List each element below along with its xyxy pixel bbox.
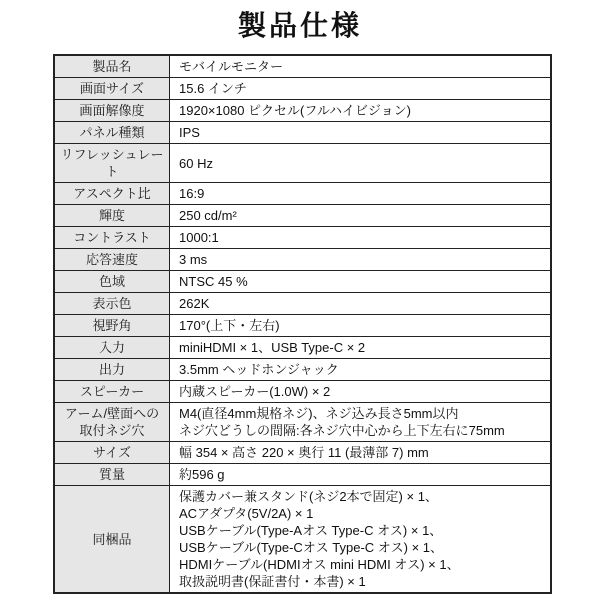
- spec-label: 輝度: [54, 205, 170, 227]
- spec-value: 内蔵スピーカー(1.0W) × 2: [170, 381, 552, 403]
- spec-table: 製品名モバイルモニター画面サイズ15.6 インチ画面解像度1920×1080 ピ…: [53, 54, 552, 594]
- spec-label: 画面サイズ: [54, 78, 170, 100]
- spec-label: 視野角: [54, 315, 170, 337]
- spec-value: 15.6 インチ: [170, 78, 552, 100]
- spec-row: アーム/壁面への取付ネジ穴M4(直径4mm規格ネジ)、ネジ込み長さ5mm以内ネジ…: [54, 403, 551, 442]
- spec-row: 色域NTSC 45 %: [54, 271, 551, 293]
- spec-label: 入力: [54, 337, 170, 359]
- spec-label: 画面解像度: [54, 100, 170, 122]
- spec-label: アスペクト比: [54, 183, 170, 205]
- spec-value: 1920×1080 ピクセル(フルハイビジョン): [170, 100, 552, 122]
- spec-row: コントラスト1000:1: [54, 227, 551, 249]
- spec-value: NTSC 45 %: [170, 271, 552, 293]
- spec-row: 表示色262K: [54, 293, 551, 315]
- spec-value: 幅 354 × 高さ 220 × 奥行 11 (最薄部 7) mm: [170, 442, 552, 464]
- spec-row: 同梱品保護カバー兼スタンド(ネジ2本で固定) × 1、ACアダプタ(5V/2A)…: [54, 486, 551, 594]
- spec-value: miniHDMI × 1、USB Type-C × 2: [170, 337, 552, 359]
- spec-row: 視野角170°(上下・左右): [54, 315, 551, 337]
- spec-label: 製品名: [54, 55, 170, 78]
- spec-value: 3 ms: [170, 249, 552, 271]
- spec-row: 画面サイズ15.6 インチ: [54, 78, 551, 100]
- spec-label: コントラスト: [54, 227, 170, 249]
- spec-value: 3.5mm ヘッドホンジャック: [170, 359, 552, 381]
- spec-row: スピーカー内蔵スピーカー(1.0W) × 2: [54, 381, 551, 403]
- spec-value: 1000:1: [170, 227, 552, 249]
- spec-label: 表示色: [54, 293, 170, 315]
- spec-row: 応答速度3 ms: [54, 249, 551, 271]
- spec-value: M4(直径4mm規格ネジ)、ネジ込み長さ5mm以内ネジ穴どうしの間隔:各ネジ穴中…: [170, 403, 552, 442]
- spec-row: 質量約596 g: [54, 464, 551, 486]
- spec-value: 262K: [170, 293, 552, 315]
- spec-row: リフレッシュレート60 Hz: [54, 144, 551, 183]
- spec-label: 応答速度: [54, 249, 170, 271]
- spec-value: 60 Hz: [170, 144, 552, 183]
- spec-value: 約596 g: [170, 464, 552, 486]
- spec-row: 出力3.5mm ヘッドホンジャック: [54, 359, 551, 381]
- spec-sheet-page: 製品仕様 製品名モバイルモニター画面サイズ15.6 インチ画面解像度1920×1…: [0, 0, 600, 600]
- spec-label: スピーカー: [54, 381, 170, 403]
- spec-label: 質量: [54, 464, 170, 486]
- spec-value: 250 cd/m²: [170, 205, 552, 227]
- spec-value: IPS: [170, 122, 552, 144]
- spec-row: 輝度250 cd/m²: [54, 205, 551, 227]
- spec-label: 出力: [54, 359, 170, 381]
- spec-row: 画面解像度1920×1080 ピクセル(フルハイビジョン): [54, 100, 551, 122]
- spec-label: パネル種類: [54, 122, 170, 144]
- spec-row: サイズ幅 354 × 高さ 220 × 奥行 11 (最薄部 7) mm: [54, 442, 551, 464]
- spec-label: サイズ: [54, 442, 170, 464]
- spec-label: アーム/壁面への取付ネジ穴: [54, 403, 170, 442]
- spec-value: 16:9: [170, 183, 552, 205]
- spec-value: 170°(上下・左右): [170, 315, 552, 337]
- spec-row: 製品名モバイルモニター: [54, 55, 551, 78]
- spec-value: 保護カバー兼スタンド(ネジ2本で固定) × 1、ACアダプタ(5V/2A) × …: [170, 486, 552, 594]
- spec-row: 入力miniHDMI × 1、USB Type-C × 2: [54, 337, 551, 359]
- spec-label: 同梱品: [54, 486, 170, 594]
- spec-row: アスペクト比16:9: [54, 183, 551, 205]
- spec-row: パネル種類IPS: [54, 122, 551, 144]
- page-title: 製品仕様: [0, 0, 600, 51]
- spec-label: 色域: [54, 271, 170, 293]
- spec-value: モバイルモニター: [170, 55, 552, 78]
- spec-table-body: 製品名モバイルモニター画面サイズ15.6 インチ画面解像度1920×1080 ピ…: [54, 55, 551, 593]
- spec-label: リフレッシュレート: [54, 144, 170, 183]
